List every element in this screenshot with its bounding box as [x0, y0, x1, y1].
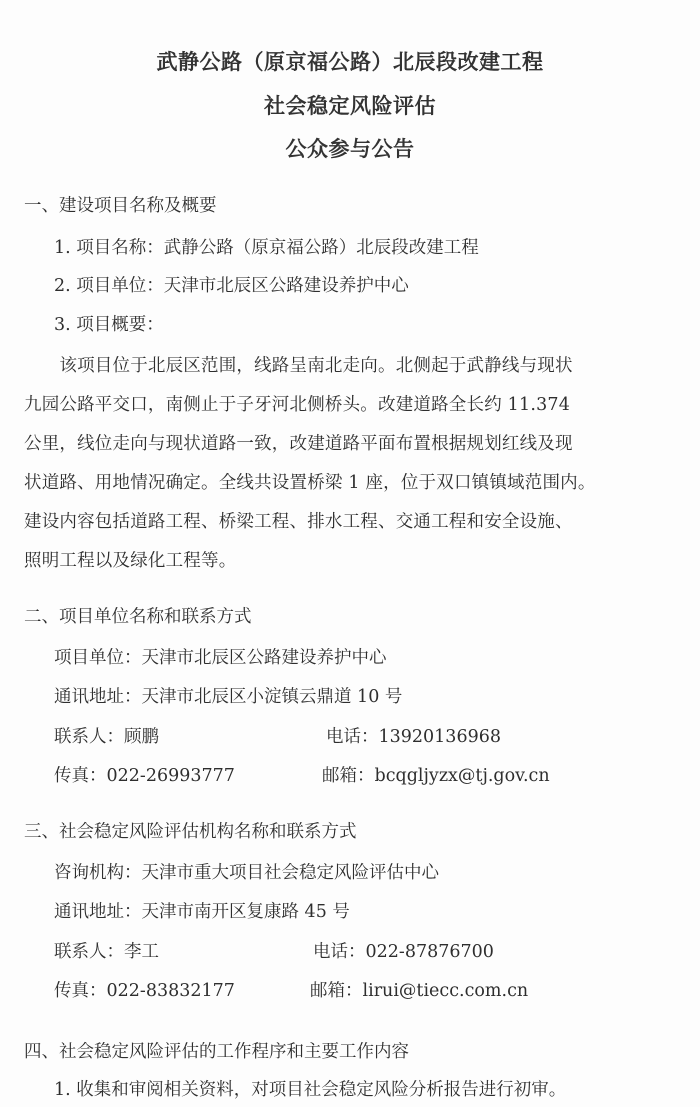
project-unit-contact-person: 联系人：顾鹏 — [54, 725, 159, 749]
section-3-heading: 三、社会稳定风险评估机构名称和联系方式 — [24, 820, 357, 844]
overview-paragraph-line-5: 建设内容包括道路工程、桥梁工程、排水工程、交通工程和安全设施、 — [24, 510, 680, 534]
overview-paragraph-line-3: 公里，线位走向与现状道路一致，改建道路平面布置根据规划红线及现 — [24, 432, 680, 456]
section-1-item-project-unit: 2. 项目单位：天津市北辰区公路建设养护中心 — [54, 274, 409, 298]
document-title-line-3: 公众参与公告 — [0, 133, 700, 163]
document-title-line-2: 社会稳定风险评估 — [0, 90, 700, 120]
document-title-line-1: 武静公路（原京福公路）北辰段改建工程 — [0, 46, 700, 76]
section-1-item-project-name: 1. 项目名称：武静公路（原京福公路）北辰段改建工程 — [54, 236, 479, 260]
project-unit-phone: 电话：13920136968 — [326, 725, 501, 749]
assessment-agency-phone: 电话：022-87876700 — [313, 940, 494, 964]
overview-paragraph-line-1: 该项目位于北辰区范围，线路呈南北走向。北侧起于武静线与现状 — [24, 354, 680, 378]
section-1-heading: 一、建设项目名称及概要 — [24, 194, 217, 218]
assessment-agency-email: 邮箱：lirui@tiecc.com.cn — [310, 979, 528, 1003]
assessment-agency-contact-person: 联系人：李工 — [54, 940, 159, 964]
overview-paragraph-line-6: 照明工程以及绿化工程等。 — [24, 549, 680, 573]
project-unit-fax: 传真：022-26993777 — [54, 764, 235, 788]
section-2-heading: 二、项目单位名称和联系方式 — [24, 605, 252, 629]
assessment-agency-fax: 传真：022-83832177 — [54, 979, 235, 1003]
overview-paragraph-line-2: 九园公路平交口，南侧止于子牙河北侧桥头。改建道路全长约 11.374 — [24, 393, 680, 417]
section-4-heading: 四、社会稳定风险评估的工作程序和主要工作内容 — [24, 1040, 409, 1064]
assessment-agency-name: 咨询机构：天津市重大项目社会稳定风险评估中心 — [54, 861, 439, 885]
section-1-item-project-overview: 3. 项目概要： — [54, 313, 164, 337]
overview-paragraph-line-4: 状道路、用地情况确定。全线共设置桥梁 1 座，位于双口镇镇域范围内。 — [24, 471, 680, 495]
project-unit-email: 邮箱：bcqgljyzx@tj.gov.cn — [322, 764, 550, 788]
project-unit-address: 通讯地址：天津市北辰区小淀镇云鼎道 10 号 — [54, 685, 402, 709]
section-4-item-1: 1. 收集和审阅相关资料，对项目社会稳定风险分析报告进行初审。 — [54, 1078, 566, 1102]
project-unit-name: 项目单位：天津市北辰区公路建设养护中心 — [54, 646, 387, 670]
document-page: 武静公路（原京福公路）北辰段改建工程 社会稳定风险评估 公众参与公告 一、建设项… — [0, 0, 700, 1107]
assessment-agency-address: 通讯地址：天津市南开区复康路 45 号 — [54, 900, 350, 924]
